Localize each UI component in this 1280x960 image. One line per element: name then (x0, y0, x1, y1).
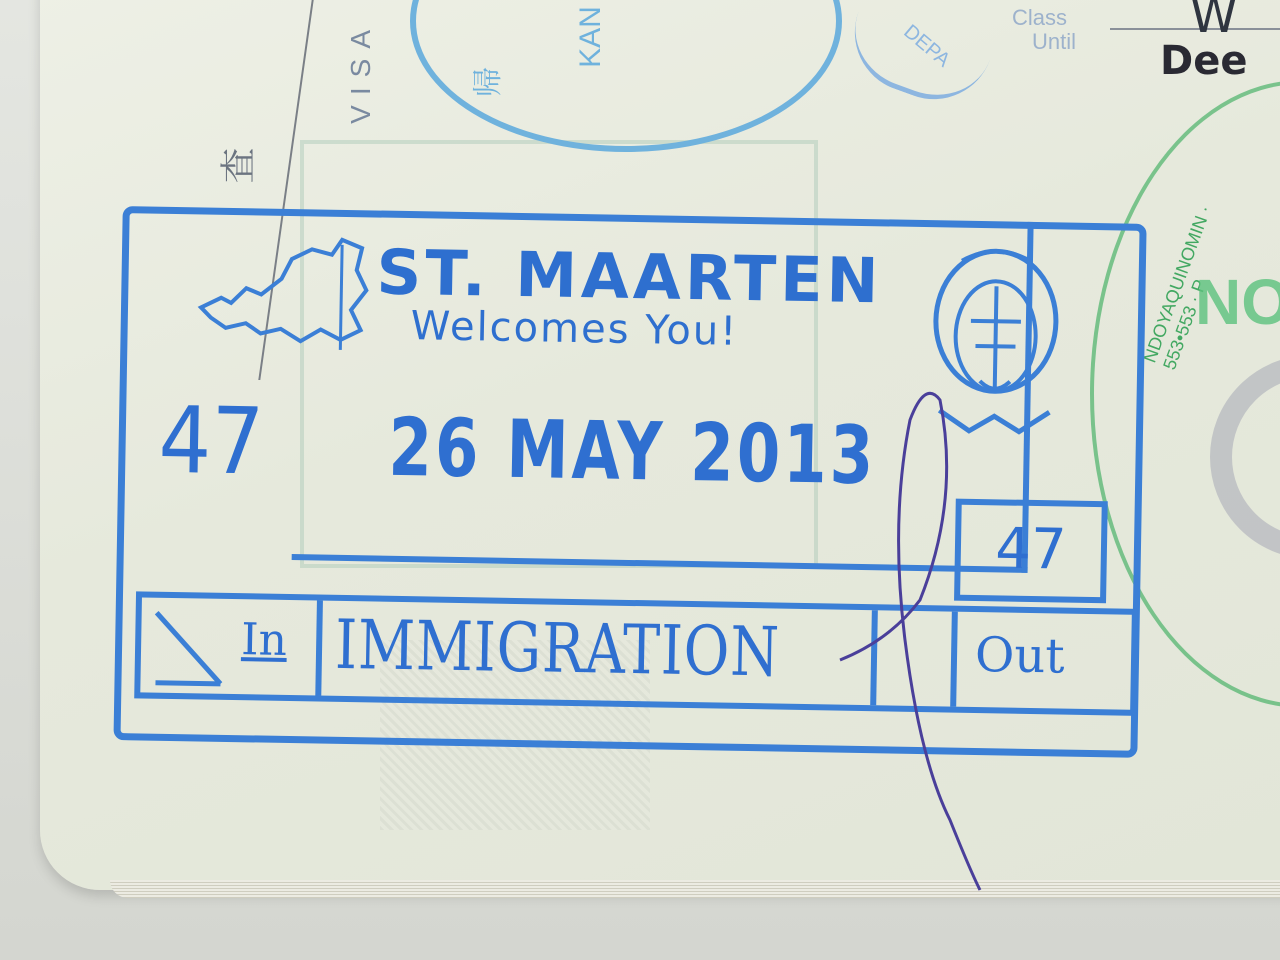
round-stamp-text: KAN (574, 6, 608, 68)
stamp-subtitle: Welcomes You! (410, 303, 738, 355)
until-label: Until (1012, 30, 1076, 54)
round-stamp-kanji: 帰 (463, 67, 507, 97)
handwriting-until: Dee (1160, 38, 1247, 84)
stamp-counter-left: 47 (158, 387, 265, 496)
green-stamp-large-text: NO (1195, 265, 1280, 339)
stamp-date: 26 MAY 2013 (388, 401, 877, 503)
handwritten-signature (820, 380, 1020, 900)
immigration-label: IMMIGRATION (334, 606, 780, 693)
visa-label: VISA (345, 20, 377, 124)
japanese-character: 査 (211, 147, 262, 183)
class-label: Class (1012, 6, 1076, 30)
immigration-box: IMMIGRATION (320, 601, 878, 706)
class-until-labels: Class Until (1012, 6, 1076, 54)
in-label: In (241, 614, 288, 666)
island-map-icon (190, 227, 382, 350)
entry-arrow-icon (150, 603, 231, 689)
in-box: In (140, 597, 323, 695)
passport-page-edges (110, 880, 1280, 898)
